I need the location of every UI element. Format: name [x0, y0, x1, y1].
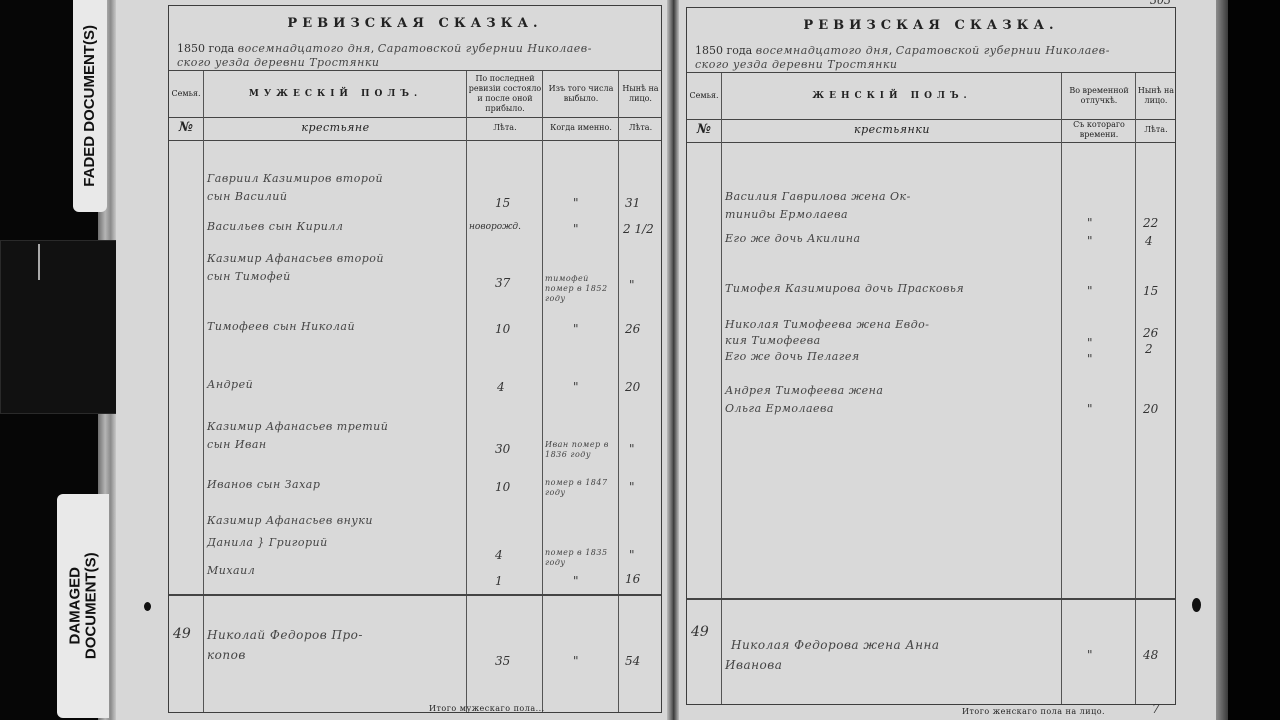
- column-header-row: Семья. ЖЕНСКІЙ ПОЛЪ. Во временной отлучк…: [687, 72, 1175, 120]
- present-value: 26: [1143, 326, 1158, 340]
- years-label: Лѣта.: [1135, 118, 1176, 142]
- damaged-label-line2: DOCUMENT(S): [83, 553, 99, 660]
- present-value: ": [629, 548, 635, 562]
- female-entry-name: тиниды Ермолаева: [725, 208, 848, 221]
- present-value: ": [629, 480, 635, 494]
- present-value: ": [629, 278, 635, 292]
- departed-value: ": [573, 196, 579, 210]
- female-entry-name: Ольга Ермолаева: [725, 402, 834, 415]
- col-last-revision: По последней ревизіи состояло и после он…: [466, 71, 543, 117]
- grid-line: [1135, 142, 1136, 704]
- total-female-value: 7: [1152, 702, 1160, 716]
- male-entry-name: Данила } Григорий: [207, 536, 328, 549]
- female-entry-name: Андрея Тимофеева жена: [725, 384, 883, 397]
- date-line: 1850 года восемнадцатого дня, Саратовско…: [695, 44, 1110, 57]
- absence-value: ": [1087, 648, 1093, 662]
- last-revision-value: новорожд.: [469, 222, 521, 232]
- male-entry-name: Михаил: [207, 564, 255, 577]
- family-number: 49: [173, 626, 191, 642]
- col-male-section: МУЖЕСКІЙ ПОЛЪ.: [203, 71, 467, 117]
- male-entry-name: Казимир Афанасьев третий: [207, 420, 388, 433]
- page-title: РЕВИЗСКАЯ СКАЗКА.: [169, 16, 661, 31]
- absence-value: ": [1087, 336, 1093, 350]
- male-entry-name: Гавриил Казимиров второй: [207, 172, 383, 185]
- departed-value: Иван помер в 1836 году: [545, 440, 615, 460]
- departed-value: ": [573, 380, 579, 394]
- column-header-row: Семья. МУЖЕСКІЙ ПОЛЪ. По последней ревиз…: [169, 70, 661, 118]
- col-absence: Во временной отлучкѣ.: [1061, 73, 1136, 119]
- grid-line: [721, 142, 722, 704]
- grid-line: [203, 140, 204, 712]
- female-entry-name: Василия Гавриловa жена Ок-: [725, 190, 911, 203]
- region-handwriting: Саратовской губернии Николаев-: [896, 44, 1110, 57]
- departed-value: ": [573, 574, 579, 588]
- when-label: Когда именно.: [542, 116, 619, 140]
- col-number: №: [687, 118, 721, 142]
- date-handwriting: восемнадцатого дня: [238, 42, 371, 55]
- family-separator: [687, 598, 1175, 600]
- present-value: 2: [1145, 342, 1153, 356]
- region-line-2: ского уезда деревни Тростянки: [695, 58, 897, 71]
- family-number: 49: [691, 624, 709, 640]
- binder-clip-highlight: [38, 244, 40, 280]
- scanner-background-right: [1228, 0, 1280, 720]
- male-entry-name: Васильев сын Кирилл: [207, 220, 343, 233]
- year-label: 1850 года: [695, 44, 752, 57]
- grid-line: [618, 140, 619, 712]
- damaged-document-tab: DAMAGEDDOCUMENT(S): [57, 494, 109, 718]
- last-revision-value: 37: [495, 276, 510, 290]
- page-title: РЕВИЗСКАЯ СКАЗКА.: [687, 18, 1175, 33]
- last-revision-value: 35: [495, 654, 510, 668]
- total-footer: Итого женскаго пола на лицо.: [962, 707, 1105, 716]
- last-revision-value: 4: [497, 380, 505, 394]
- left-page-form: РЕВИЗСКАЯ СКАЗКА. 1850 года восемнадцато…: [168, 5, 662, 713]
- years-label: Лѣта.: [466, 116, 543, 140]
- grid-line: [542, 140, 543, 712]
- female-entry-name: Николая Тимофеева жена Евдо-: [725, 318, 930, 331]
- departed-value: помер в 1835 году: [545, 548, 615, 568]
- grid-line: [1061, 142, 1062, 704]
- last-revision-value: 10: [495, 480, 510, 494]
- male-entry-name: Андрей: [207, 378, 253, 391]
- book-page-edge-right: [1216, 0, 1228, 720]
- absence-value: ": [1087, 284, 1093, 298]
- col-departed: Изъ того числа выбыло.: [542, 71, 619, 117]
- absence-value: ": [1087, 352, 1093, 366]
- female-entry-name: Его же дочь Пелагея: [725, 350, 860, 363]
- absence-value: ": [1087, 216, 1093, 230]
- total-footer: Итого мужескаго пола...: [429, 704, 545, 713]
- year-label: 1850 года: [177, 42, 234, 55]
- subheader-row: № крестьяне Лѣта. Когда именно. Лѣта.: [169, 116, 661, 141]
- male-entry-name: сын Василий: [207, 190, 287, 203]
- present-value: 48: [1143, 648, 1158, 662]
- present-value: 20: [1143, 402, 1158, 416]
- male-entry-name: копов: [207, 648, 246, 662]
- col-present: Нынѣ на лицо.: [1135, 73, 1176, 119]
- male-entry-name: Казимир Афанасьев второй: [207, 252, 384, 265]
- present-value: 4: [1145, 234, 1153, 248]
- col-female-section: ЖЕНСКІЙ ПОЛЪ.: [721, 73, 1062, 119]
- male-entry-name: Тимофеев сын Николай: [207, 320, 355, 333]
- male-entry-name: Иванов сын Захар: [207, 478, 320, 491]
- female-entry-name: Его же дочь Акилина: [725, 232, 861, 245]
- present-value: 26: [625, 322, 640, 336]
- male-entry-name: Казимир Афанасьев внуки: [207, 514, 373, 527]
- col-family: Семья.: [687, 73, 721, 119]
- present-value: 22: [1143, 216, 1158, 230]
- male-entry-name: сын Тимофей: [207, 270, 291, 283]
- col-present: Нынѣ на лицо.: [618, 71, 662, 117]
- present-value: 15: [1143, 284, 1158, 298]
- present-value: 16: [625, 572, 640, 586]
- departed-value: тимофей помер в 1852 году: [545, 274, 615, 304]
- last-revision-value: 4: [495, 548, 503, 562]
- book-spine: [667, 0, 679, 720]
- years2-label: Лѣта.: [618, 116, 662, 140]
- absence-value: ": [1087, 234, 1093, 248]
- female-entry-name: Николая Федорова жена Анна: [731, 638, 940, 652]
- col-number: №: [169, 116, 203, 140]
- last-revision-value: 15: [495, 196, 510, 210]
- faded-document-label: FADED DOCUMENT(S): [82, 25, 98, 187]
- present-value: 54: [625, 654, 640, 668]
- date-handwriting: восемнадцатого дня: [756, 44, 889, 57]
- last-revision-value: 1: [495, 574, 503, 588]
- male-entry-name: Николай Федоров Про-: [207, 628, 363, 642]
- ink-blot: [144, 602, 151, 611]
- absence-value: ": [1087, 402, 1093, 416]
- grid-line: [466, 140, 467, 712]
- last-revision-value: 30: [495, 442, 510, 456]
- departed-value: ": [573, 322, 579, 336]
- present-value: ": [629, 442, 635, 456]
- right-page-form: РЕВИЗСКАЯ СКАЗКА. 1850 года восемнадцато…: [686, 7, 1176, 705]
- female-entry-name: кия Тимофеева: [725, 334, 821, 347]
- estate-label: крестьяне: [203, 116, 467, 140]
- departed-value: ": [573, 654, 579, 668]
- ink-blot: [1192, 598, 1201, 612]
- departed-value: ": [573, 222, 579, 236]
- date-line: 1850 года восемнадцатого дня, Саратовско…: [177, 42, 592, 55]
- faded-document-tab: FADED DOCUMENT(S): [73, 0, 107, 212]
- present-value: 20: [625, 380, 640, 394]
- subheader-row: № крестьянки Съ котораго времени. Лѣта.: [687, 118, 1175, 143]
- female-entry-name: Тимофея Казимирова дочь Прасковья: [725, 282, 964, 295]
- page-number: 303: [1150, 0, 1171, 7]
- female-entry-name: Иванова: [725, 658, 782, 672]
- departed-value: помер в 1847 году: [545, 478, 615, 498]
- damaged-document-label: DAMAGEDDOCUMENT(S): [67, 553, 99, 660]
- col-family: Семья.: [169, 71, 203, 117]
- since-label: Съ котораго времени.: [1061, 118, 1136, 142]
- region-handwriting: Саратовской губернии Николаев-: [378, 42, 592, 55]
- last-revision-value: 10: [495, 322, 510, 336]
- region-line-2: ского уезда деревни Тростянки: [177, 56, 379, 69]
- present-value: 31: [625, 196, 640, 210]
- present-value: 2 1/2: [623, 222, 654, 236]
- family-separator: [169, 594, 661, 596]
- damaged-label-line1: DAMAGED: [67, 553, 83, 660]
- estate-label: крестьянки: [721, 118, 1062, 142]
- male-entry-name: сын Иван: [207, 438, 267, 451]
